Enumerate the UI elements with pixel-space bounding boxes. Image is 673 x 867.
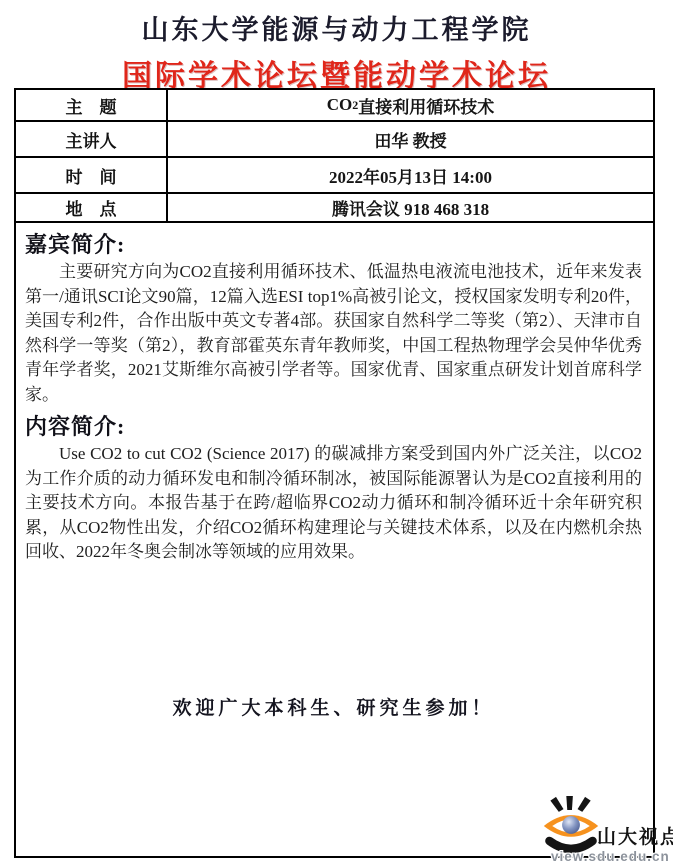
topic-rest: 直接利用循环技术 (358, 93, 494, 118)
table-row-speaker: 主讲人 田华 教授 (16, 122, 653, 158)
logo-url: view.sdu.edu.cn (551, 849, 673, 864)
speaker-value: 田华 教授 (168, 122, 653, 156)
smile-stroke (549, 841, 592, 849)
sdu-view-logo: 山大视点 view.sdu.edu.cn (541, 794, 673, 864)
forum-announcement-poster: 山东大学能源与动力工程学院 国际学术论坛暨能动学术论坛 (第178期) 主 题 … (0, 0, 673, 867)
topic-value: CO2直接利用循环技术 (168, 90, 653, 120)
guest-intro-heading: 嘉宾简介: (25, 228, 642, 259)
time-label: 时 间 (16, 158, 168, 192)
welcome-message: 欢迎广大本科生、研究生参加！ (25, 693, 642, 720)
eyelashes (550, 796, 590, 812)
content-intro-heading: 内容简介: (25, 410, 642, 441)
school-title: 山东大学能源与动力工程学院 (0, 8, 673, 47)
content-intro-body: Use CO2 to cut CO2 (Science 2017) 的碳减排方案… (25, 442, 642, 565)
eye-logo-icon (541, 794, 601, 856)
table-row-topic: 主 题 CO2直接利用循环技术 (16, 90, 653, 122)
topic-co: CO (327, 95, 353, 115)
info-table: 主 题 CO2直接利用循环技术 主讲人 田华 教授 时 间 2022年05月13… (14, 88, 655, 858)
table-row-time: 时 间 2022年05月13日 14:00 (16, 158, 653, 194)
speaker-label: 主讲人 (16, 122, 168, 156)
eye-pupil (562, 816, 580, 834)
venue-value: 腾讯会议 918 468 318 (168, 194, 653, 221)
venue-label: 地 点 (16, 194, 168, 221)
guest-intro-body: 主要研究方向为CO2直接利用循环技术、低温热电液流电池技术，近年来发表第一/通讯… (25, 260, 642, 407)
time-value: 2022年05月13日 14:00 (168, 158, 653, 192)
topic-label: 主 题 (16, 90, 168, 120)
details-cell: 嘉宾简介: 主要研究方向为CO2直接利用循环技术、低温热电液流电池技术，近年来发… (16, 223, 653, 856)
table-row-venue: 地 点 腾讯会议 918 468 318 (16, 194, 653, 223)
